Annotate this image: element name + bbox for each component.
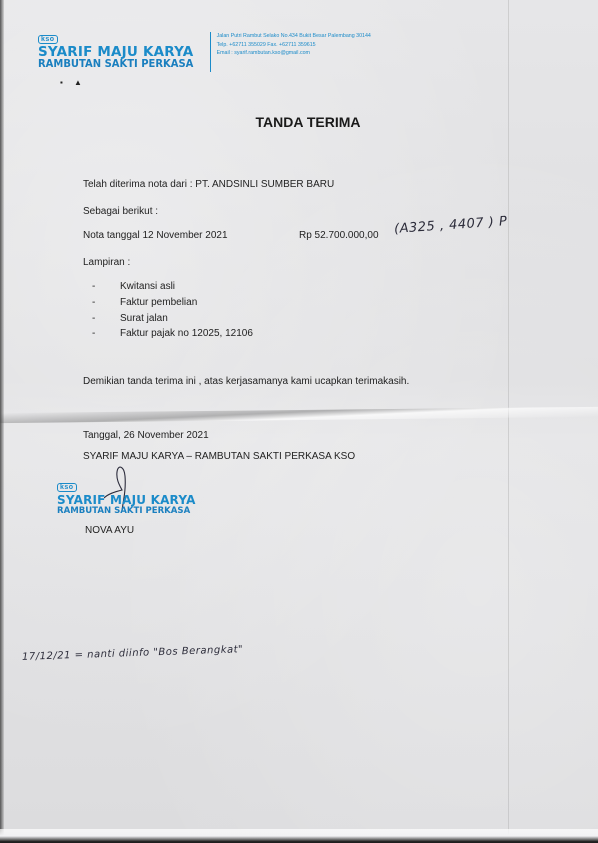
email: Email : syarif.rambutan.kso@gmail.com — [217, 49, 371, 58]
amount: Rp 52.700.000,00 — [299, 230, 379, 241]
as-follows: Sebagai berikut : — [83, 206, 158, 217]
document-page: kso SYARIF MAJU KARYA RAMBUTAN SAKTI PER… — [0, 0, 598, 843]
list-item: -Kwitansi asli — [100, 279, 253, 295]
received-from-label: Telah diterima nota dari : — [83, 179, 193, 190]
header-divider — [210, 32, 211, 72]
nota-date: Nota tanggal 12 November 2021 — [83, 230, 228, 241]
stamp-line2: RAMBUTAN SAKTI PERKASA — [57, 506, 190, 516]
letterhead: kso SYARIF MAJU KARYA RAMBUTAN SAKTI PER… — [38, 28, 371, 72]
list-item: -Faktur pembelian — [100, 295, 253, 311]
received-from-value: PT. ANDSINLI SUMBER BARU — [195, 179, 334, 190]
contact-info: Jalan Putri Rambut Selako No.434 Bukit B… — [217, 32, 371, 58]
stamp-badge: kso — [57, 483, 77, 492]
company-name-line2: RAMBUTAN SAKTI PERKASA — [38, 59, 193, 70]
ink-specks: ▪ ▲ — [60, 78, 82, 87]
logo-badge: kso — [38, 35, 58, 44]
address: Jalan Putri Rambut Selako No.434 Bukit B… — [217, 32, 371, 41]
company-logo: kso SYARIF MAJU KARYA RAMBUTAN SAKTI PER… — [38, 28, 202, 70]
phone-fax: Telp. +62711 355029 Fax. +62711 359615 — [217, 41, 371, 50]
received-from: Telah diterima nota dari : PT. ANDSINLI … — [83, 179, 334, 190]
signatory-name: NOVA AYU — [85, 525, 134, 536]
handwritten-footer-note: 17/12/21 = nanti diinfo "Bos Berangkat" — [22, 644, 243, 663]
document-title: TANDA TERIMA — [0, 114, 598, 130]
attachments-list: -Kwitansi asli -Faktur pembelian -Surat … — [100, 279, 253, 342]
attachments-label: Lampiran : — [83, 257, 130, 268]
paper-bottom-edge — [0, 829, 598, 843]
handwritten-invoice-note: (A325 , 4407 ) P — [394, 214, 508, 237]
closing-statement: Demikian tanda terima ini , atas kerjasa… — [83, 376, 409, 387]
stamp-line1: SYARIF MAJU KARYA — [57, 494, 197, 506]
company-stamp: kso SYARIF MAJU KARYA RAMBUTAN SAKTI PER… — [57, 476, 197, 516]
date-line: Tanggal, 26 November 2021 — [83, 430, 209, 441]
list-item: -Faktur pajak no 12025, 12106 — [100, 326, 253, 342]
list-item: -Surat jalan — [100, 311, 253, 327]
